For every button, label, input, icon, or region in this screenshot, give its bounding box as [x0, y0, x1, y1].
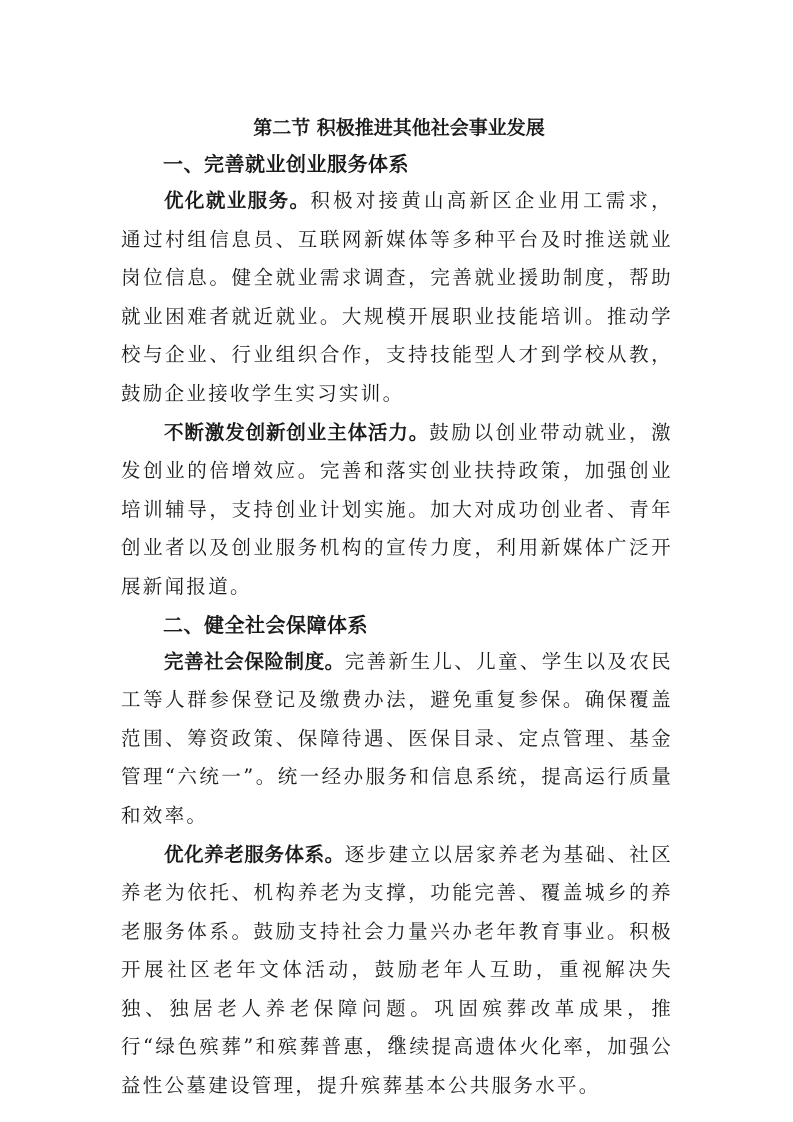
paragraph-lead: 优化养老服务体系。	[164, 843, 345, 866]
paragraph-employment-services: 优化就业服务。积极对接黄山高新区企业用工需求，通过村组信息员、互联网新媒体等多种…	[121, 182, 673, 414]
paragraph-lead: 完善社会保险制度。	[164, 650, 345, 673]
subsection-heading-social-security: 二、健全社会保障体系	[121, 607, 673, 643]
paragraph-elderly-care: 优化养老服务体系。逐步建立以居家养老为基础、社区养老为依托、机构养老为支撑，功能…	[121, 836, 673, 1106]
paragraph-lead: 优化就业服务。	[164, 189, 310, 212]
paragraph-body: 完善新生儿、儿童、学生以及农民工等人群参保登记及缴费办法，避免重复参保。确保覆盖…	[121, 650, 673, 827]
paragraph-entrepreneurship: 不断激发创新创业主体活力。鼓励以创业带动就业，激发创业的倍增效应。完善和落实创业…	[121, 414, 673, 607]
section-title: 第二节 积极推进其他社会事业发展	[121, 110, 673, 146]
paragraph-body: 鼓励以创业带动就业，激发创业的倍增效应。完善和落实创业扶持政策，加强创业培训辅导…	[121, 421, 673, 598]
paragraph-body: 逐步建立以居家养老为基础、社区养老为依托、机构养老为支撑，功能完善、覆盖城乡的养…	[121, 843, 673, 1098]
subsection-heading-employment: 一、完善就业创业服务体系	[121, 146, 673, 182]
document-page: 第二节 积极推进其他社会事业发展 一、完善就业创业服务体系 优化就业服务。积极对…	[121, 110, 673, 1106]
paragraph-social-insurance: 完善社会保险制度。完善新生儿、儿童、学生以及农民工等人群参保登记及缴费办法，避免…	[121, 643, 673, 836]
page-number: 66	[0, 1033, 793, 1045]
paragraph-lead: 不断激发创新创业主体活力。	[164, 421, 429, 444]
paragraph-body: 积极对接黄山高新区企业用工需求，通过村组信息员、互联网新媒体等多种平台及时推送就…	[121, 189, 673, 405]
